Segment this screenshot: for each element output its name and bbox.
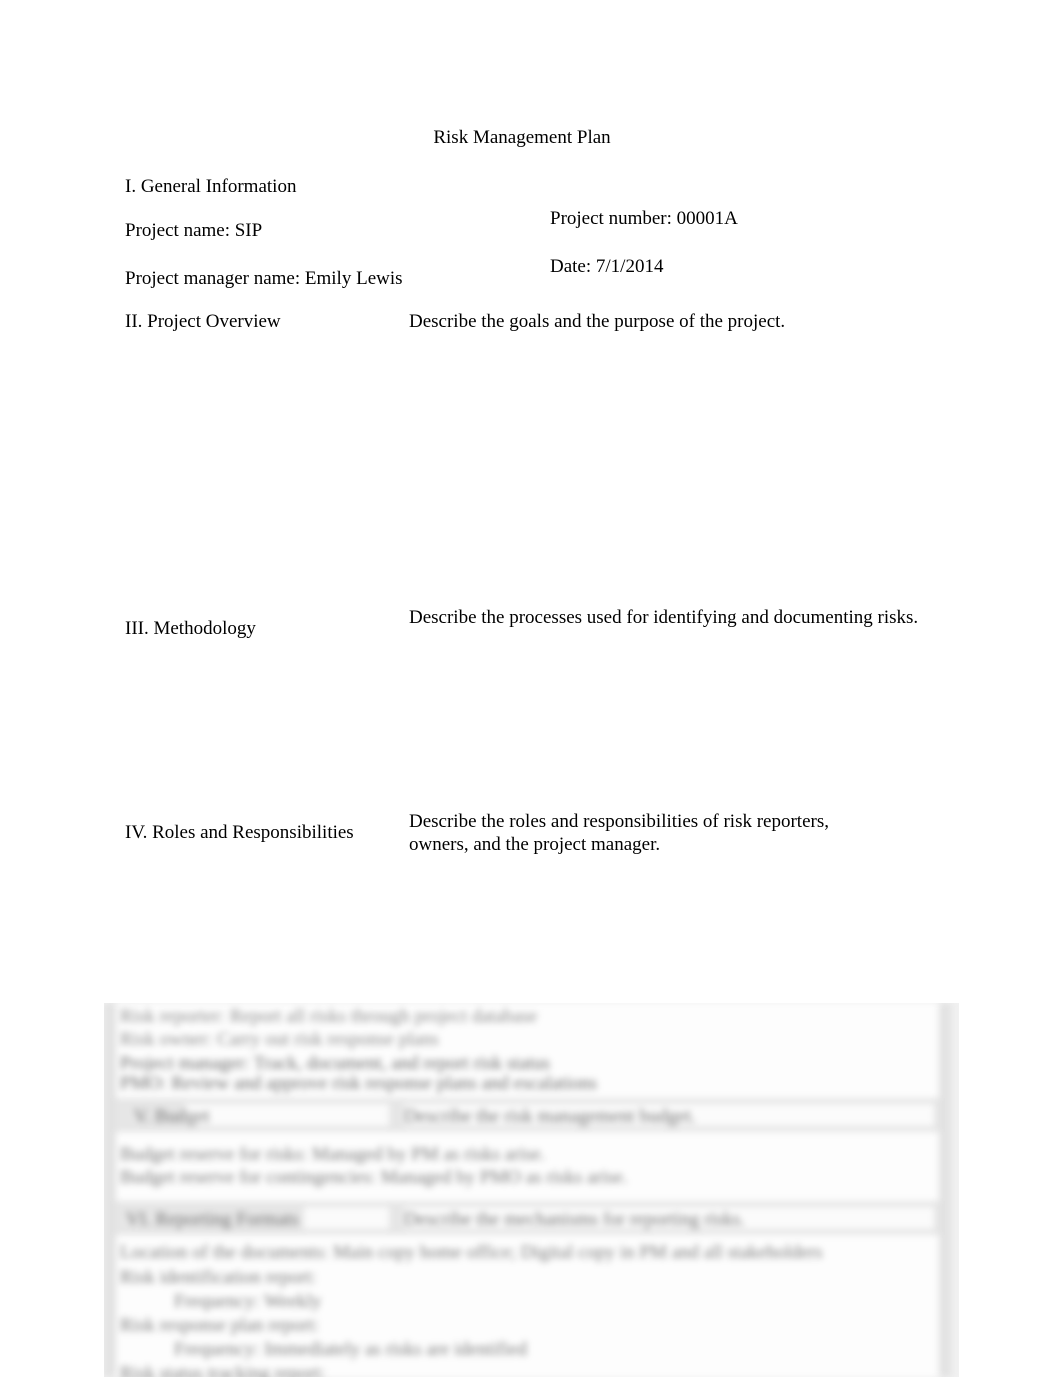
blurred-line: VI. Reporting Formats [126,1208,299,1231]
blurred-line: Location of the documents: Main copy hom… [120,1241,823,1264]
document-title: Risk Management Plan [0,126,1044,149]
blurred-line: Risk identification report: [120,1266,316,1289]
project-number: Project number: 00001A [550,207,738,230]
project-manager: Project manager name: Emily Lewis [125,267,403,290]
blurred-line: Budget reserve for risks: Managed by PM … [120,1143,545,1166]
blurred-line: Risk owner: Carry out risk response plan… [120,1028,439,1051]
blurred-box [304,1207,389,1229]
blurred-preview: Risk reporter: Report all risks through … [104,1003,959,1377]
blurred-line: Frequency: Immediately as risks are iden… [174,1338,527,1361]
blurred-line: Describe the risk management budget. [404,1105,696,1128]
blurred-right-border [939,1003,951,1377]
section-overview-description: Describe the goals and the purpose of th… [409,310,785,333]
blurred-box [184,1104,389,1126]
blurred-line: PMO: Review and approve risk response pl… [120,1072,597,1095]
blurred-line: V. Budget [134,1105,210,1128]
blurred-left-border [104,1003,116,1377]
section-general-heading: I. General Information [125,175,296,198]
blurred-line: Risk status tracking report: [120,1362,325,1377]
project-date: Date: 7/1/2014 [550,255,663,278]
section-overview-heading: II. Project Overview [125,310,281,333]
blurred-line: Risk response plan report: [120,1314,319,1337]
section-roles-description: Describe the roles and responsibilities … [409,810,889,856]
project-name: Project name: SIP [125,219,262,242]
section-roles-heading: IV. Roles and Responsibilities [125,821,354,844]
blurred-line: Budget reserve for contingencies: Manage… [120,1166,628,1189]
blurred-line: Risk reporter: Report all risks through … [120,1005,537,1028]
section-methodology-heading: III. Methodology [125,617,256,640]
blurred-line: Frequency: Weekly [174,1290,321,1313]
section-methodology-description: Describe the processes used for identify… [409,606,929,629]
blurred-line: Describe the mechanisms for reporting ri… [404,1208,745,1231]
